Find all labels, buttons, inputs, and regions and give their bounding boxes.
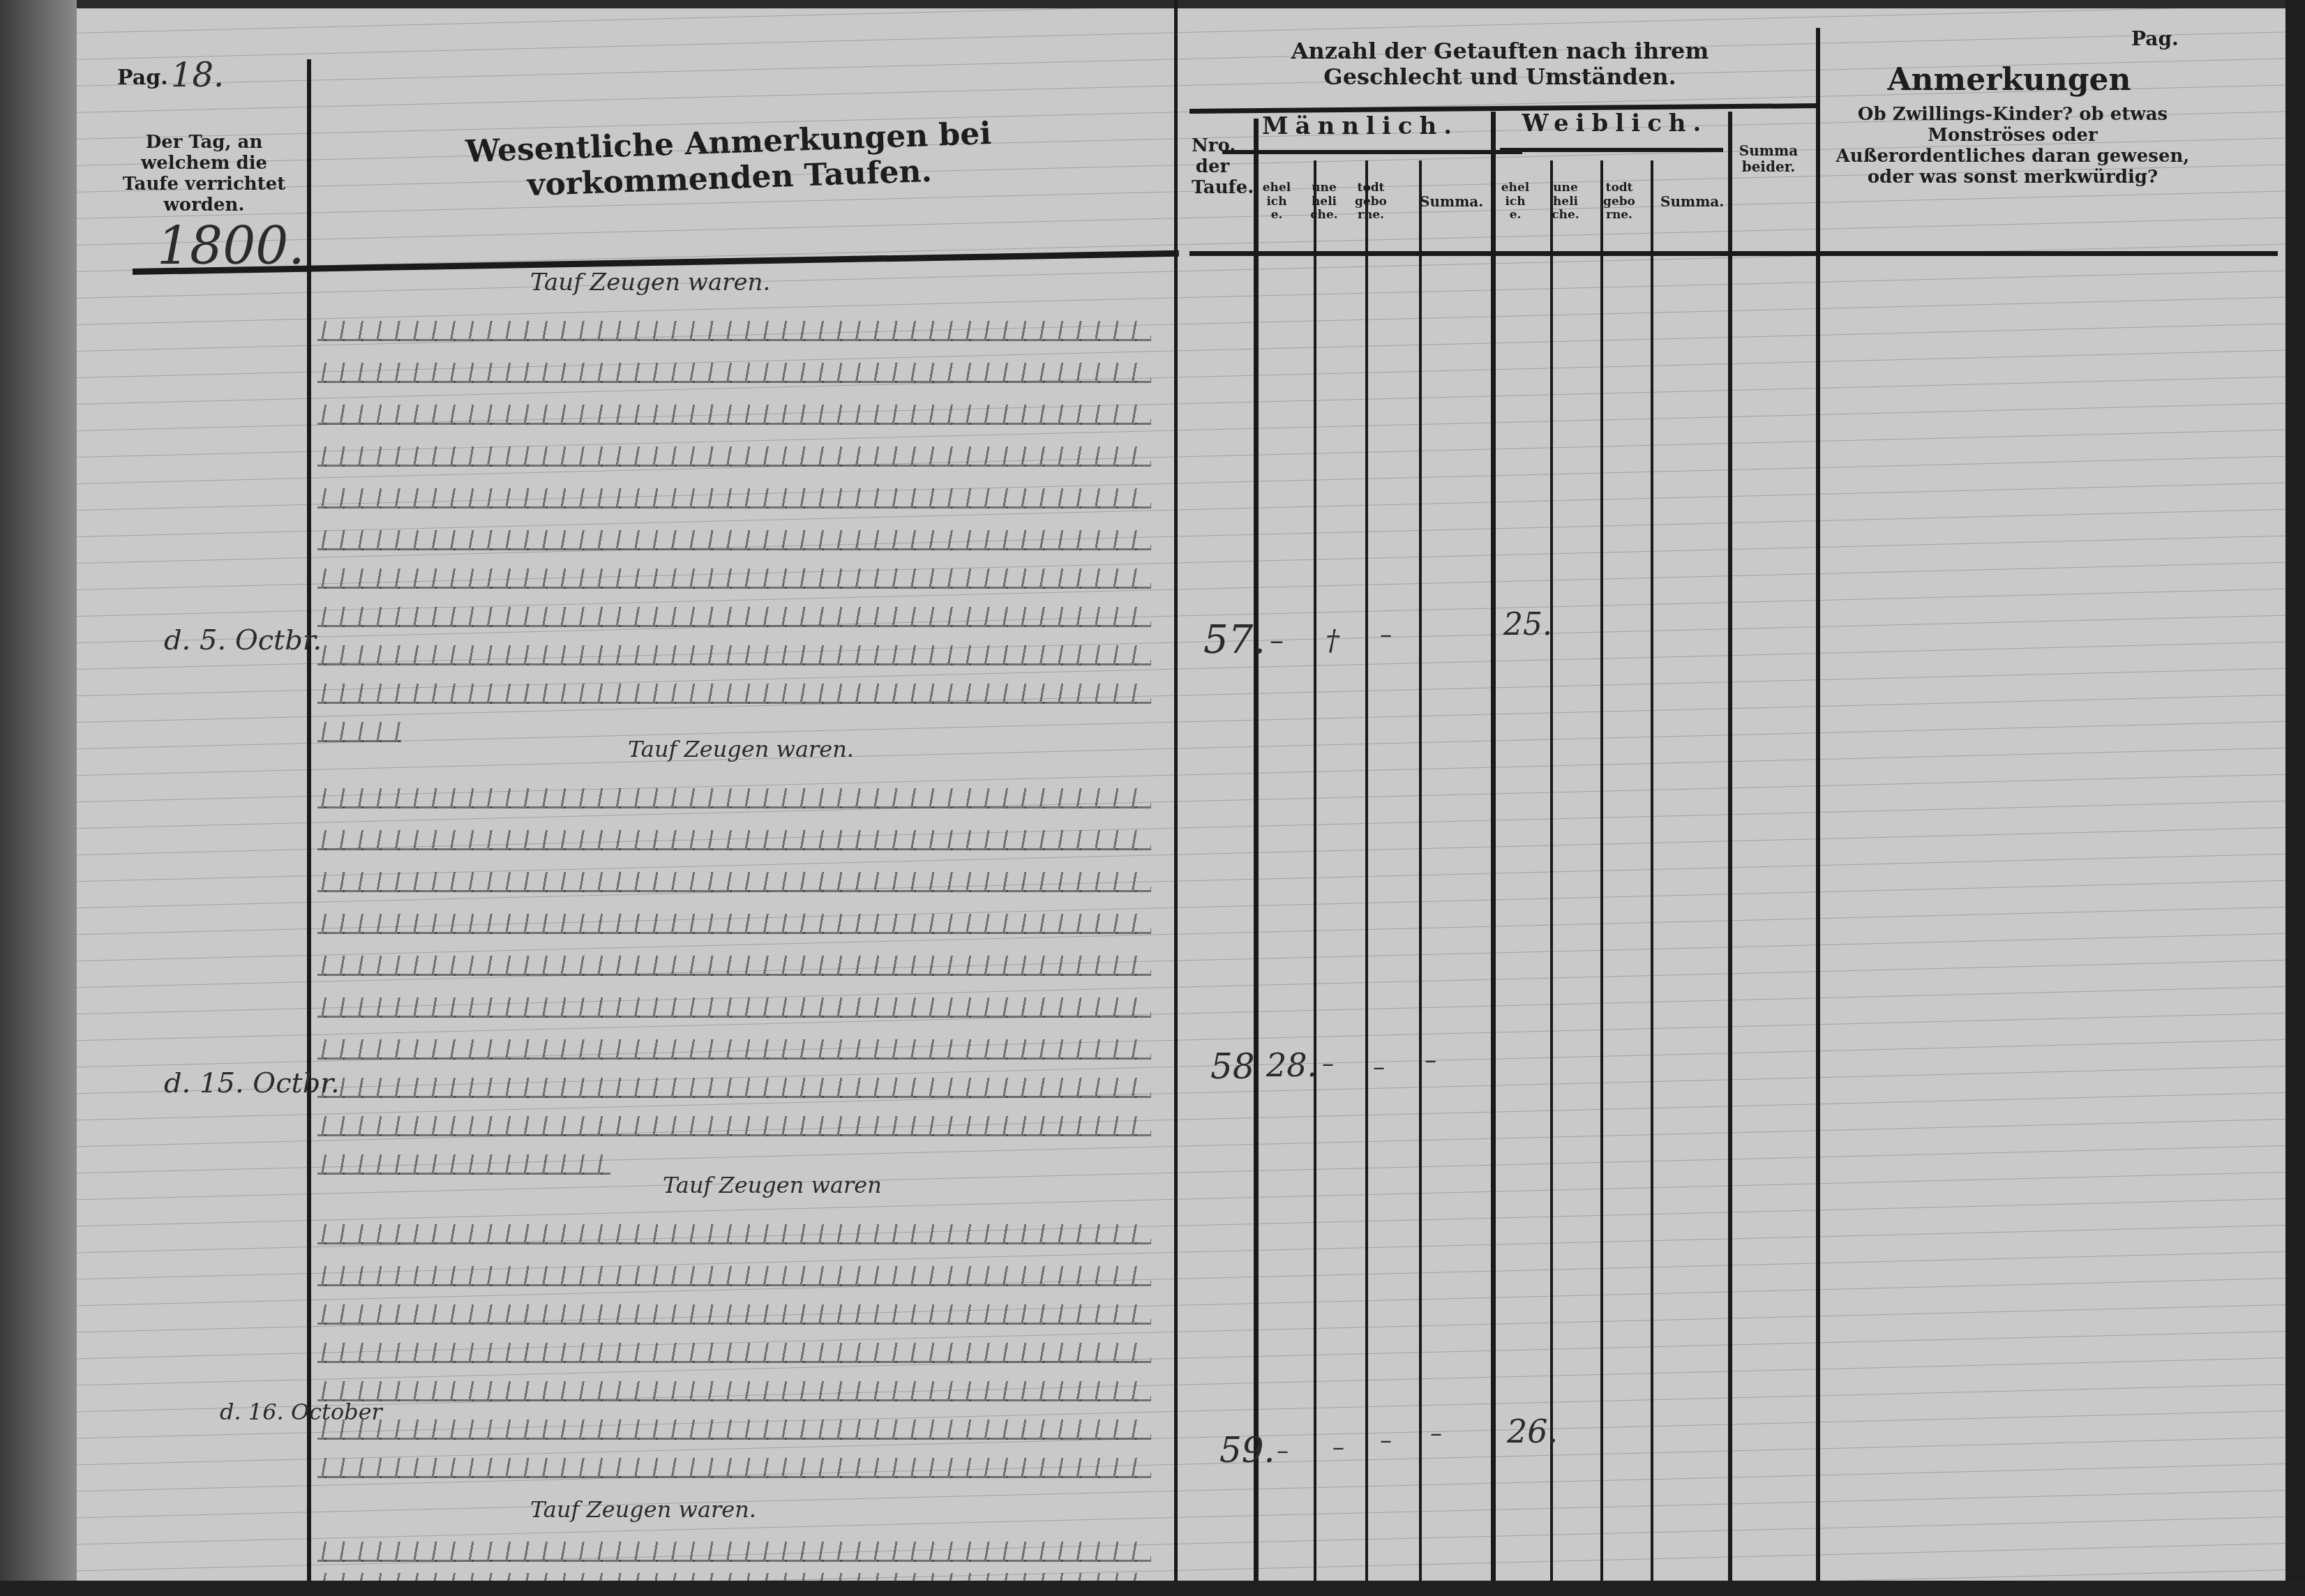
handwritten-line — [317, 1420, 1151, 1440]
handwritten-line — [317, 645, 1151, 665]
female-group-header: Weiblich. — [1500, 110, 1730, 137]
handwritten-line — [317, 1343, 1151, 1363]
witness-heading: Tauf Zeugen waren. — [530, 1496, 756, 1523]
handwritten-line — [317, 446, 1151, 467]
witness-heading: Tauf Zeugen waren — [663, 1172, 882, 1198]
page-label-left: Pag. — [117, 66, 168, 91]
male-col-1 — [1314, 160, 1316, 1596]
handwritten-line — [317, 569, 1151, 589]
female-todtgeboren-header: todtgeborne. — [1602, 181, 1637, 223]
entry-date: d. 16. October — [220, 1399, 382, 1425]
male-unehelich-value: † — [1326, 624, 1339, 656]
female-col-2 — [1600, 160, 1603, 1596]
female-summa-header: Summa. — [1660, 194, 1723, 210]
male-ehelich-value: – — [1270, 624, 1284, 656]
handwritten-line — [317, 1154, 610, 1175]
handwritten-line — [317, 1266, 1151, 1286]
handwritten-line — [317, 405, 1151, 425]
male-ehelich-header: eheliche. — [1261, 181, 1292, 223]
male-summa-header: Summa. — [1420, 194, 1482, 210]
handwritten-line — [317, 1304, 1151, 1325]
female-unehelich-header: uneheliche. — [1550, 181, 1581, 223]
female-ehelich-value: 26. — [1507, 1413, 1558, 1450]
page-gutter-divider — [1174, 0, 1178, 1596]
date-column-header: Der Tag, an welchem die Taufe verrichtet… — [112, 133, 296, 216]
handwritten-line — [317, 830, 1151, 850]
book-binding-left — [0, 0, 77, 1596]
handwritten-line — [317, 998, 1151, 1018]
handwritten-line — [317, 321, 1151, 341]
male-unehelich-value: – — [1332, 1433, 1344, 1461]
male-summa-value: – — [1425, 1046, 1436, 1074]
nro-divider — [1254, 119, 1259, 1596]
page-number-left: 18. — [171, 56, 224, 95]
handwritten-line — [317, 722, 401, 742]
handwritten-line — [317, 956, 1151, 976]
handwritten-line — [317, 488, 1151, 509]
female-col-1 — [1550, 160, 1553, 1596]
witness-heading: Tauf Zeugen waren. — [628, 736, 854, 762]
male-summa-value: – — [1430, 1420, 1442, 1447]
male-ehelich-value: – — [1277, 1437, 1289, 1465]
handwritten-line — [317, 1542, 1151, 1562]
notes-divider — [1816, 28, 1820, 1596]
book-binding-right — [2285, 0, 2305, 1596]
handwritten-line — [317, 872, 1151, 892]
entry-date: d. 15. Octbr. — [164, 1067, 340, 1099]
number-column-header: Nro. der Taufe. — [1192, 136, 1233, 199]
male-unehelich-value: – — [1322, 1050, 1334, 1078]
handwritten-line — [317, 1381, 1151, 1401]
handwritten-line — [317, 363, 1151, 383]
female-ehelich-header: eheliche. — [1500, 181, 1531, 223]
notes-title: Anmerkungen — [1849, 63, 2170, 98]
handwritten-line — [317, 1224, 1151, 1244]
notes-question: Ob Zwillings-Kinder? ob etwas Monströses… — [1831, 105, 2194, 188]
male-female-divider — [1491, 112, 1496, 1596]
male-todtgeboren-value: – — [1380, 621, 1392, 649]
handwritten-line — [317, 914, 1151, 934]
handwritten-line — [317, 1078, 1151, 1098]
entry-nro: 58 — [1210, 1046, 1255, 1087]
total-divider — [1728, 112, 1732, 1596]
male-group-header: Männlich. — [1228, 113, 1493, 140]
count-group-header: Anzahl der Getauften nach ihrem Geschlec… — [1228, 38, 1772, 90]
male-todtgeboren-value: – — [1373, 1053, 1385, 1081]
male-col-2 — [1365, 160, 1368, 1596]
female-ehelich-value: 25. — [1503, 607, 1552, 642]
header-rule-male — [1222, 150, 1522, 154]
male-todtgeboren-value: – — [1380, 1426, 1392, 1454]
scan-edge-bottom — [0, 1581, 2305, 1596]
entry-nro: 57. — [1203, 617, 1266, 663]
header-rule-bottom — [1189, 251, 2278, 256]
handwritten-line — [317, 1039, 1151, 1060]
entry-nro: 59. — [1219, 1430, 1275, 1470]
male-col-3 — [1419, 160, 1422, 1596]
date-column-divider — [307, 59, 311, 1594]
handwritten-line — [317, 607, 1151, 627]
handwritten-line — [317, 788, 1151, 808]
entry-date: d. 5. Octbr. — [164, 624, 322, 656]
handwritten-line — [317, 684, 1151, 704]
header-rule-female — [1500, 148, 1723, 152]
handwritten-line — [317, 1458, 1151, 1478]
total-column-header: Summa beider. — [1737, 143, 1800, 175]
handwritten-line — [317, 530, 1151, 550]
female-col-3 — [1651, 160, 1653, 1596]
handwritten-line — [317, 1116, 1151, 1136]
male-ehelich-value: 28. — [1266, 1046, 1317, 1084]
page-label-right: Pag. — [2131, 28, 2179, 50]
male-todtgeboren-header: todtgeborne. — [1353, 181, 1388, 223]
witness-heading: Tauf Zeugen waren. — [530, 269, 770, 296]
